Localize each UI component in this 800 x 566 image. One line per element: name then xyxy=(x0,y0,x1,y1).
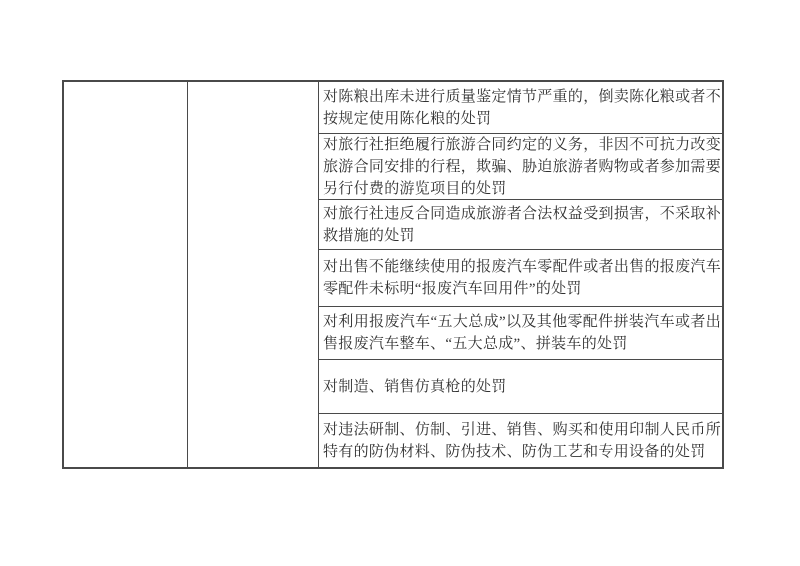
penalty-item-text: 对违法研制、仿制、引进、销售、购买和使用印制人民币所特有的防伪材料、防伪技术、防… xyxy=(323,419,721,463)
penalty-item-text: 对旅行社拒绝履行旅游合同约定的义务，非因不可抗力改变旅游合同安排的行程，欺骗、胁… xyxy=(323,134,721,200)
penalty-table: 对陈粮出库未进行质量鉴定情节严重的，倒卖陈化粮或者不按规定使用陈化粮的处罚 对旅… xyxy=(62,80,724,469)
table-row: 对违法研制、仿制、引进、销售、购买和使用印制人民币所特有的防伪材料、防伪技术、防… xyxy=(319,414,722,467)
table-column-penalty-items: 对陈粮出库未进行质量鉴定情节严重的，倒卖陈化粮或者不按规定使用陈化粮的处罚 对旅… xyxy=(319,82,722,467)
penalty-item-text: 对陈粮出库未进行质量鉴定情节严重的，倒卖陈化粮或者不按规定使用陈化粮的处罚 xyxy=(323,86,721,130)
penalty-item-text: 对利用报废汽车“五大总成”以及其他零配件拼装汽车或者出售报废汽车整车、“五大总成… xyxy=(323,311,721,355)
table-column-subcategory-empty xyxy=(188,82,319,467)
table-row: 对利用报废汽车“五大总成”以及其他零配件拼装汽车或者出售报废汽车整车、“五大总成… xyxy=(319,307,722,360)
table-row: 对制造、销售仿真枪的处罚 xyxy=(319,360,722,414)
table-row: 对旅行社拒绝履行旅游合同约定的义务，非因不可抗力改变旅游合同安排的行程，欺骗、胁… xyxy=(319,134,722,200)
table-row: 对旅行社违反合同造成旅游者合法权益受到损害，不采取补救措施的处罚 xyxy=(319,200,722,250)
document-page: 对陈粮出库未进行质量鉴定情节严重的，倒卖陈化粮或者不按规定使用陈化粮的处罚 对旅… xyxy=(0,0,800,566)
penalty-item-text: 对旅行社违反合同造成旅游者合法权益受到损害，不采取补救措施的处罚 xyxy=(323,203,721,247)
penalty-item-text: 对制造、销售仿真枪的处罚 xyxy=(323,376,721,398)
table-column-category-empty xyxy=(64,82,188,467)
table-row: 对出售不能继续使用的报废汽车零配件或者出售的报废汽车零配件未标明“报废汽车回用件… xyxy=(319,250,722,307)
penalty-item-text: 对出售不能继续使用的报废汽车零配件或者出售的报废汽车零配件未标明“报废汽车回用件… xyxy=(323,256,721,300)
table-row: 对陈粮出库未进行质量鉴定情节严重的，倒卖陈化粮或者不按规定使用陈化粮的处罚 xyxy=(319,82,722,134)
